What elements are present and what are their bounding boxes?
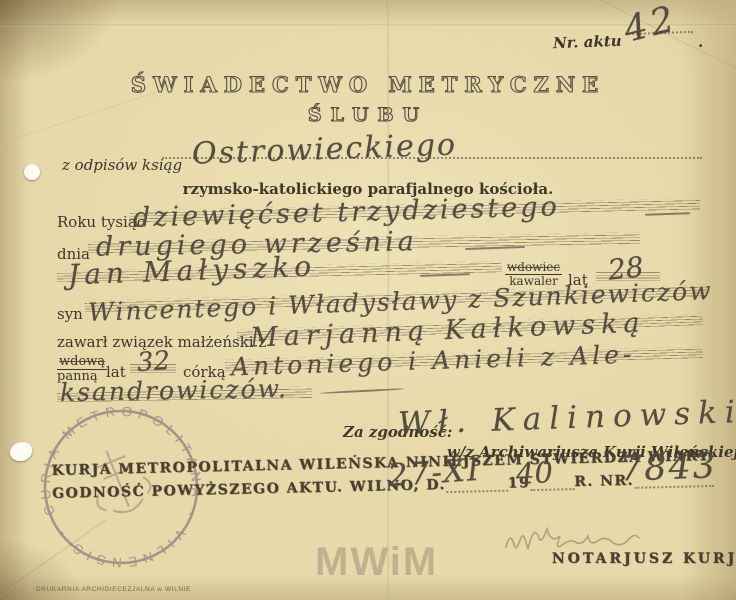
date-dotted-line bbox=[446, 490, 508, 493]
year-suffix-handwritten: 40 bbox=[515, 455, 554, 491]
act-number-period: . bbox=[698, 33, 703, 51]
printer-imprint: DRUKARNIA ARCHIDIECEZJALNA w WILNIE bbox=[36, 586, 191, 593]
year-label: Roku tysiąc bbox=[57, 213, 145, 231]
scanned-marriage-certificate: Nr. aktu . 42 ŚWIADECTWO METRYCZNE ŚLUBU… bbox=[0, 0, 736, 600]
curia-line2-prefix: GODNOŚĆ POWYŻSZEGO AKTU. WILNO, D. bbox=[52, 477, 446, 502]
widower-option: wdowiec bbox=[505, 261, 562, 275]
widow-option: wdową bbox=[57, 355, 107, 370]
act-number-value: 42 bbox=[620, 0, 682, 51]
year-flourish-dash bbox=[645, 212, 690, 216]
punch-hole-upper bbox=[24, 164, 40, 180]
date-handwritten: 27-XI bbox=[387, 452, 482, 494]
document-title-line2: ŚLUBU bbox=[0, 104, 736, 126]
act-number-label: Nr. aktu bbox=[553, 32, 622, 52]
bride-age-handwritten: 32 bbox=[136, 346, 171, 378]
archivist-signature-handwritten: Wł. Kalinowski bbox=[397, 394, 736, 442]
from-books-label: z odpisów ksiąg bbox=[62, 156, 182, 174]
son-label: syn bbox=[57, 305, 83, 323]
church-type-line: rzymsko-katolickiego parafjalnego kościo… bbox=[0, 180, 736, 198]
register-no-handwritten: 7843 bbox=[619, 446, 717, 489]
document-title-line1: ŚWIADECTWO METRYCZNE bbox=[0, 72, 736, 97]
groom-flourish-dash bbox=[420, 273, 470, 277]
notary-signature-scribble bbox=[500, 515, 670, 560]
bride-parents-handwritten-line2: ksandrowiczów. bbox=[60, 374, 288, 407]
parish-name-handwritten: Ostrowieckiego bbox=[191, 127, 457, 171]
closing-flourish-dash bbox=[320, 388, 405, 394]
archive-watermark: MWiM bbox=[315, 540, 438, 585]
